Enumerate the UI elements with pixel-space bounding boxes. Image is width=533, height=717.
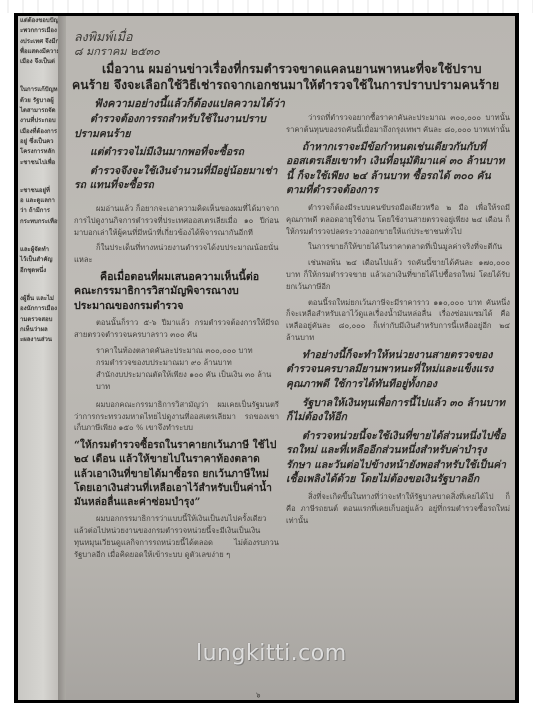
lead-paragraph: เมื่อวาน ผมอ่านข่าวเรื่องที่กรมตำรวจขาดแ… <box>72 61 512 93</box>
left-page-fragment: กเห็นว่าผล <box>18 325 60 335</box>
lead-line-1: เมื่อวาน ผมอ่านข่าวเรื่องที่กรมตำรวจขาดแ… <box>72 61 512 77</box>
left-page-fragment <box>18 168 60 186</box>
left-page-fragment: องนักการเมือง <box>18 304 60 314</box>
left-page-fragment: ะผลงานส่วน <box>18 335 60 345</box>
left-page-fragment: เมืองที่ต้องการ <box>18 127 60 137</box>
left-page-fragment: ะพวกการเมือง <box>18 26 60 36</box>
left-paragraph-1: ผมอ่านแล้ว ก็อยากจะเอาความคิดเห็นของผมที… <box>74 203 279 238</box>
left-paragraph-3: ตอนนั้นก็ราว ๕-๖ ปีมาแล้ว กรมตำรวจต้องกา… <box>74 317 279 341</box>
left-page-fragment: แต่ต้องขอบปัญหา <box>18 16 60 26</box>
right-paragraph-2: ตำรวจก็ต้องมีระบบคนขับรถมือเดียวหรือ ๒ ม… <box>286 202 510 237</box>
right-emphasis-4: ตำรวจหน่วยนี้จะใช้เงินที่ขายได้ส่วนหนึ่ง… <box>286 429 510 487</box>
left-page-fragment: กระทบกระเทือน <box>18 217 60 227</box>
watermark-text: lungkitti.com <box>196 641 347 666</box>
left-paragraph-5: ผมบอกกรรมาธิการว่าแบบนี้ให้เงินเป็นงบไปค… <box>74 513 279 560</box>
published-label: ลงพิมพ์เมื่อ <box>74 28 160 45</box>
lead-note: ฟังความอย่างนี้แล้วก็ต้องแปลความได้ว่า <box>94 94 285 112</box>
left-page-fragment: ในการแก้ปัญหา <box>18 85 60 95</box>
left-page-text-fragments: แต่ต้องขอบปัญหาะพวกการเมืองงประเทศ จึงมี… <box>18 16 60 345</box>
left-page-fragment: ไดสามารถจัด <box>18 106 60 116</box>
left-column: ตำรวจต้องการรถสำหรับใช้ในงานปราบปรามคนร้… <box>74 112 279 564</box>
book-page: ลงพิมพ์เมื่อ ๘ มกราคม ๒๕๓๐ เมื่อวาน ผมอ่… <box>66 16 515 700</box>
left-page-fragment: งานที่ประกอบ <box>18 116 60 126</box>
left-bold-heading: คือเมื่อตอนที่ผมเสนอความเห็นนี้ต่อคณะกรร… <box>74 270 279 313</box>
right-emphasis-2: ทำอย่างนี้ก็จะทำให้หน่วยงานสายตรวจของตำร… <box>286 348 510 392</box>
list-item: ราคาในท้องตลาดคันละประมาณ ๓๐๐,๐๐๐ บาท <box>74 345 279 357</box>
scan-background-top <box>0 0 533 13</box>
right-paragraph-1: ว่ารถที่ตำรวจอยากซื้อราคาคันละประมาณ ๓๐๐… <box>286 112 510 136</box>
left-page-fragment: งประเทศ จึงมีก <box>18 37 60 47</box>
right-column: ว่ารถที่ตำรวจอยากซื้อราคาคันละประมาณ ๓๐๐… <box>286 112 510 530</box>
left-page-fragment <box>18 67 60 85</box>
left-page-fragment: ด้วย รัฐบาลผู้ <box>18 96 60 106</box>
right-paragraph-5: ตอนนี้รถใหม่ยกเว้นภาษีจะมีราคาราว ๑๑๐,๐๐… <box>286 297 510 344</box>
left-emphasis-2: แต่ตำรวจไม่มีเงินมากพอที่จะซื้อรถ <box>74 145 279 160</box>
lead-line-2: คนร้าย จึงจะเลือกใช้วิธีเช่ารถจากเอกชนมา… <box>72 77 512 93</box>
left-page-fragment: อยู่ ซึ่งเป็นคว <box>18 137 60 147</box>
left-page-fragment: โครงการหลัก <box>18 147 60 157</box>
left-page-fragment <box>18 276 60 294</box>
left-page-fragment: ว่า ถ้ามีการ <box>18 206 60 216</box>
left-page-fragment: ะชาชนอยู่ที่ <box>18 186 60 196</box>
left-emphasis-1: ตำรวจต้องการรถสำหรับใช้ในงานปราบปรามคนร้… <box>74 112 279 141</box>
left-page-fragment: เมือง จึงเป็นต่ <box>18 57 60 67</box>
page-number: ๖ <box>256 690 260 700</box>
left-page-fragment <box>18 227 60 245</box>
publication-date: ๘ มกราคม ๒๕๓๐ <box>74 45 160 59</box>
right-paragraph-6: สิ่งที่จะเกิดขึ้นในทางที่ว่าจะทำให้รัฐบา… <box>286 491 510 526</box>
left-emphasis-3: ตำรวจจึงจะใช้เงินจำนวนที่มีอยู่น้อยมาเช่… <box>74 164 279 193</box>
left-page-fragment: และผู้จัดทำ <box>18 245 60 255</box>
left-page-fragment: ามตรวจสอบ <box>18 315 60 325</box>
left-page-fragment: ะชาชนไปเพื่อ <box>18 158 60 168</box>
adjacent-left-page: แต่ต้องขอบปัญหาะพวกการเมืองงประเทศ จึงมี… <box>18 16 60 700</box>
left-quote: “ให้กรมตำรวจซื้อรถในราคายกเว้นภาษี ใช้ไป… <box>74 438 279 509</box>
publication-header: ลงพิมพ์เมื่อ ๘ มกราคม ๒๕๓๐ <box>74 28 160 59</box>
left-page-fragment: อีกชุดหนึ่ง <box>18 266 60 276</box>
left-paragraph-2: ก็ในประเด็นที่ทางหน่วยงานตำรวจได้งบประมา… <box>74 242 279 266</box>
right-emphasis-1: ถ้าหากเราจะมีข้อกำหนดเช่นเดียวกันกับที่อ… <box>286 140 510 198</box>
right-paragraph-3: ในการขายก็ให้ขายได้ในราคาตลาดที่เป็นมูลค… <box>286 241 510 253</box>
left-page-fragment: งผู้อื่น และไม่ <box>18 294 60 304</box>
left-page-fragment: อ และดูแลกา <box>18 196 60 206</box>
list-item: กรมตำรวจของบประมาณมา ๙๐ ล้านบาท <box>74 357 279 369</box>
right-paragraph-4: เช่นพอพ้น ๒๔ เดือนไปแล้ว รถคันนี้ขายได้ค… <box>286 257 510 292</box>
left-paragraph-4: ผมบอกคณะกรรมาธิการวิสามัญว่า ผมเคยเป็นรั… <box>74 399 279 434</box>
left-page-fragment: ไว้เป็นสำคัญ <box>18 255 60 265</box>
right-emphasis-3: รัฐบาลให้เงินทุนเพื่อการนี้ไปแล้ว ๓๐ ล้า… <box>286 396 510 425</box>
left-page-fragment: พื่อแสดงมีความ <box>18 47 60 57</box>
list-item: สำนักงบประมาณตัดให้เพียง ๑๐๐ คัน เป็นเงิ… <box>74 369 279 393</box>
